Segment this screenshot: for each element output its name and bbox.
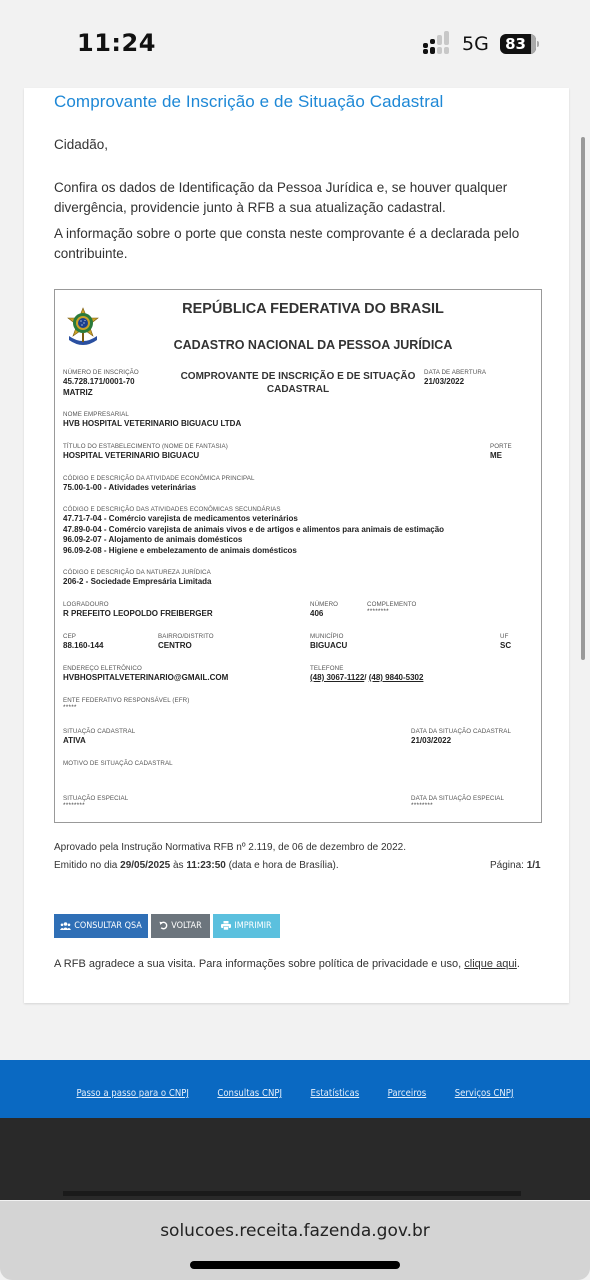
certificate-header-republica: REPÚBLICA FEDERATIVA DO BRASIL (55, 301, 541, 317)
value-numero-inscricao: 45.728.171/0001-70 (63, 377, 135, 386)
issued-prefix: Emitido no dia (54, 860, 120, 871)
label-email: ENDEREÇO ELETRÔNICO (63, 665, 142, 672)
network-type: 5G (462, 33, 489, 55)
greeting: Cidadão, (54, 137, 108, 152)
cellular-signal-icon (423, 35, 453, 53)
label-logradouro: LOGRADOURO (63, 601, 109, 608)
content-card: Comprovante de Inscrição e de Situação C… (24, 88, 569, 1003)
footer-link-servicos[interactable]: Serviços CNPJ (455, 1088, 514, 1099)
label-atividade-principal: CÓDIGO E DESCRIÇÃO DA ATIVIDADE ECONÔMIC… (63, 475, 255, 482)
value-matriz: MATRIZ (63, 388, 93, 397)
info-paragraph-1: Confira os dados de Identificação da Pes… (54, 178, 544, 217)
page-title: Comprovante de Inscrição e de Situação C… (54, 92, 443, 112)
info-paragraph-2: A informação sobre o porte que consta ne… (54, 224, 544, 263)
value-situacao-cadastral: ATIVA (63, 736, 86, 745)
value-complemento: ******** (367, 608, 389, 615)
value-atividade-secundaria: 96.09-2-08 - Higiene e embelezamento de … (63, 546, 297, 555)
label-data-situacao-especial: DATA DA SITUAÇÃO ESPECIAL (411, 795, 504, 802)
page-value: 1/1 (527, 860, 541, 871)
value-atividade-secundaria: 47.71-7-04 - Comércio varejista de medic… (63, 514, 298, 523)
battery-percent: 83 (500, 34, 531, 54)
label-bairro: BAIRRO/DISTRITO (158, 633, 214, 640)
footer-link-parceiros[interactable]: Parceiros (388, 1088, 427, 1099)
users-icon (60, 922, 71, 930)
value-atividade-secundaria: 47.89-0-04 - Comércio varejista de anima… (63, 525, 444, 534)
consultar-qsa-label: CONSULTAR QSA (74, 921, 142, 931)
label-cep: CEP (63, 633, 76, 640)
value-atividade-secundaria: 96.09-2-07 - Alojamento de animais domés… (63, 535, 242, 544)
value-data-abertura: 21/03/2022 (424, 377, 464, 386)
browser-address-bar[interactable]: solucoes.receita.fazenda.gov.br (0, 1201, 590, 1280)
value-efr: ***** (63, 704, 77, 711)
issued-note: Emitido no dia 29/05/2025 às 11:23:50 (d… (54, 860, 339, 871)
site-footer: Passo a passo para o CNPJ Consultas CNPJ… (0, 1060, 590, 1118)
certificate-header-comprovante: COMPROVANTE DE INSCRIÇÃO E DE SITUAÇÃO C… (173, 370, 423, 396)
horizontal-scrollbar[interactable] (63, 1191, 521, 1196)
value-titulo-estabelecimento: HOSPITAL VETERINARIO BIGUACU (63, 451, 199, 460)
value-data-situacao-cadastral: 21/03/2022 (411, 736, 451, 745)
value-nome-empresarial: HVB HOSPITAL VETERINARIO BIGUACU LTDA (63, 419, 241, 428)
page-scrollbar[interactable] (581, 137, 585, 660)
value-telefone: (48) 3067-1122/ (48) 9840-5302 (310, 673, 423, 682)
value-uf: SC (500, 641, 511, 650)
certificate-header-cnpj: CADASTRO NACIONAL DA PESSOA JURÍDICA (55, 338, 541, 352)
value-situacao-especial: ******** (63, 802, 85, 809)
label-numero-inscricao: NÚMERO DE INSCRIÇÃO (63, 369, 139, 376)
consultar-qsa-button[interactable]: CONSULTAR QSA (54, 914, 148, 938)
privacy-text: A RFB agradece a sua visita. Para inform… (54, 958, 464, 970)
label-situacao-especial: SITUAÇÃO ESPECIAL (63, 795, 128, 802)
url-text[interactable]: solucoes.receita.fazenda.gov.br (0, 1221, 590, 1241)
phone-link-1[interactable]: (48) 3067-1122 (310, 673, 364, 682)
label-motivo-situacao: MOTIVO DE SITUAÇÃO CADASTRAL (63, 760, 173, 767)
issued-time: 11:23:50 (186, 860, 225, 871)
battery-icon: 83 (500, 34, 536, 54)
label-telefone: TELEFONE (310, 665, 343, 672)
value-logradouro: R PREFEITO LEOPOLDO FREIBERGER (63, 609, 213, 618)
footer-link-estatisticas[interactable]: Estatísticas (310, 1088, 359, 1099)
label-complemento: COMPLEMENTO (367, 601, 416, 608)
page-number: Página: 1/1 (490, 860, 541, 871)
approval-note: Aprovado pela Instrução Normativa RFB nº… (54, 842, 406, 853)
voltar-button[interactable]: VOLTAR (151, 914, 210, 938)
label-numero: NÚMERO (310, 601, 338, 608)
issued-date: 29/05/2025 (120, 860, 170, 871)
label-situacao-cadastral: SITUAÇÃO CADASTRAL (63, 728, 135, 735)
value-email: HVBHOSPITALVETERINARIO@GMAIL.COM (63, 673, 228, 682)
label-atividades-secundarias: CÓDIGO E DESCRIÇÃO DAS ATIVIDADES ECONÔM… (63, 506, 281, 513)
footer-dark-band (0, 1118, 590, 1200)
footer-link-consultas[interactable]: Consultas CNPJ (217, 1088, 282, 1099)
label-porte: PORTE (490, 443, 512, 450)
cnpj-certificate: REPÚBLICA FEDERATIVA DO BRASIL CADASTRO … (54, 289, 542, 823)
privacy-note: A RFB agradece a sua visita. Para inform… (54, 958, 520, 970)
home-indicator[interactable] (190, 1261, 400, 1269)
value-cep: 88.160-144 (63, 641, 103, 650)
page-label: Página: (490, 860, 527, 871)
issued-mid: às (170, 860, 186, 871)
privacy-suffix: . (517, 958, 520, 970)
value-natureza-juridica: 206-2 - Sociedade Empresária Limitada (63, 577, 212, 586)
footer-links: Passo a passo para o CNPJ Consultas CNPJ… (0, 1083, 590, 1101)
battery-nub (537, 41, 539, 47)
issued-suffix: (data e hora de Brasília). (226, 860, 339, 871)
value-atividade-principal: 75.00-1-00 - Atividades veterinárias (63, 483, 196, 492)
value-bairro: CENTRO (158, 641, 192, 650)
label-titulo-estabelecimento: TÍTULO DO ESTABELECIMENTO (NOME DE FANTA… (63, 443, 228, 450)
label-efr: ENTE FEDERATIVO RESPONSÁVEL (EFR) (63, 697, 189, 704)
label-data-situacao-cadastral: DATA DA SITUAÇÃO CADASTRAL (411, 728, 511, 735)
label-natureza-juridica: CÓDIGO E DESCRIÇÃO DA NATUREZA JURÍDICA (63, 569, 211, 576)
value-municipio: BIGUACU (310, 641, 347, 650)
imprimir-button[interactable]: IMPRIMIR (213, 914, 280, 938)
label-data-abertura: DATA DE ABERTURA (424, 369, 486, 376)
value-numero: 406 (310, 609, 323, 618)
voltar-label: VOLTAR (171, 921, 201, 931)
value-porte: ME (490, 451, 502, 460)
status-bar: 11:24 5G 83 (0, 0, 590, 88)
print-icon (221, 921, 231, 930)
undo-icon (159, 921, 168, 930)
label-uf: UF (500, 633, 508, 640)
imprimir-label: IMPRIMIR (234, 921, 271, 931)
value-data-situacao-especial: ******** (411, 802, 433, 809)
footer-link-passo-a-passo[interactable]: Passo a passo para o CNPJ (77, 1088, 189, 1099)
status-time: 11:24 (77, 29, 156, 57)
phone-link-2[interactable]: (48) 9840-5302 (369, 673, 424, 682)
privacy-link[interactable]: clique aqui (464, 958, 517, 970)
label-nome-empresarial: NOME EMPRESARIAL (63, 411, 129, 418)
label-municipio: MUNICÍPIO (310, 633, 344, 640)
